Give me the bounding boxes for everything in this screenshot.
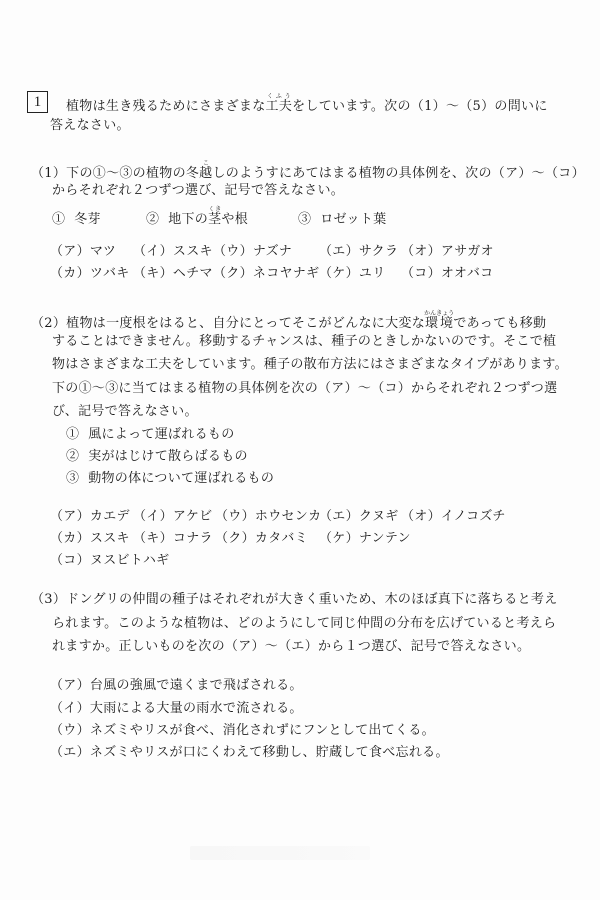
ruby-base: 茎 xyxy=(208,212,221,227)
part3-choice-i: （イ）大雨による大量の雨水で流される。 xyxy=(50,701,303,717)
choice-value: オオバコ xyxy=(441,266,494,281)
choice-item: （キ）ヘチマ xyxy=(133,266,213,282)
choice-key: （カ） xyxy=(50,266,90,281)
choice-key: （イ） xyxy=(133,509,173,524)
ruby-kufuu: 工夫くふう xyxy=(266,99,293,114)
choice-value: アケビ xyxy=(173,509,213,524)
choice-item: （コ）ヌスビトハギ xyxy=(50,553,169,569)
category-label: 風によって運ばれるもの xyxy=(88,427,234,442)
ruby-kankyou: 環境かんきょう xyxy=(425,316,453,331)
ruby-koshi: 越こ xyxy=(199,166,212,181)
choice-value: ススキ xyxy=(90,531,130,546)
choice-key: （ウ） xyxy=(213,244,253,259)
choice-value: ナンテン xyxy=(359,531,411,546)
choice-value: サクラ xyxy=(359,244,398,259)
part2-choices-row2: （カ）ススキ（キ）コナラ（ク）カタバミ（ケ）ナンテン xyxy=(50,531,411,547)
choice-value: ネズミやリスが口にくわえて移動し、貯蔵して食べ忘れる。 xyxy=(90,745,449,760)
part1-categories: ① 冬芽② 地下の茎くきや根③ ロゼット葉 xyxy=(52,206,386,228)
choice-key: （エ） xyxy=(50,745,90,760)
choice-key: （イ） xyxy=(50,701,90,716)
choice-key: （キ） xyxy=(133,531,173,546)
choice-item: （ク）カタバミ xyxy=(215,531,319,547)
category-item: ③ ロゼット葉 xyxy=(298,212,386,228)
part2-line5: び、記号で答えなさい。 xyxy=(52,404,198,420)
choice-value: ヘチマ xyxy=(173,266,213,281)
part2-line1: （2）植物は一度根をはると、自分にとってそこがどんなに大変な環境かんきょうであっ… xyxy=(31,310,546,332)
choice-value: ネコヤナギ xyxy=(253,266,320,281)
ruby-base: 環境 xyxy=(424,316,454,331)
category-mark: ① xyxy=(52,212,65,227)
ruby-base: 越 xyxy=(199,166,212,181)
choice-item: （ケ）ナンテン xyxy=(319,531,411,547)
part1-line2: からそれぞれ２つずつ選び、記号で答えなさい。 xyxy=(52,183,344,199)
part1-choices-row1: （ア）マツ（イ）ススキ（ウ）ナズナ（エ）サクラ（オ）アサガオ xyxy=(50,244,494,260)
choice-key: （ウ） xyxy=(215,509,255,524)
ruby-reading: こ xyxy=(199,160,212,167)
part2-text-post: であっても移動 xyxy=(453,316,546,331)
choice-value: 台風の強風で遠くまで飛ばされる。 xyxy=(90,678,303,693)
choice-item: （イ）アケビ xyxy=(133,509,215,525)
part3-choice-e: （エ）ネズミやリスが口にくわえて移動し、貯蔵して食べ忘れる。 xyxy=(50,745,449,761)
intro-text-post: をしています。次の（1）～（5）の問いに xyxy=(292,99,548,114)
category-mark: ③ xyxy=(298,212,311,227)
bleed-through-mark xyxy=(190,846,370,860)
choice-value: マツ xyxy=(90,244,116,259)
part3-choice-a: （ア）台風の強風で遠くまで飛ばされる。 xyxy=(50,678,303,694)
intro-text-pre: 植物は生き残るためにさまざまな xyxy=(66,99,266,114)
ruby-kuki: 茎くき xyxy=(208,212,221,227)
part1-choices-row2: （カ）ツバキ（キ）ヘチマ（ク）ネコヤナギ（ケ）ユリ（コ）オオバコ xyxy=(50,266,493,282)
choice-value: ヌスビトハギ xyxy=(90,553,170,568)
part2-line2: することはできません。移動するチャンスは、種子のときしかないのです。そこで植 xyxy=(52,334,556,350)
part2-choices-row1: （ア）カエデ（イ）アケビ（ウ）ホウセンカ（エ）クヌギ（オ）イノコズチ xyxy=(50,509,506,525)
question-number-box: 1 xyxy=(27,91,48,113)
choice-item: （カ）ツバキ xyxy=(50,266,133,282)
choice-value: ホウセンカ xyxy=(255,509,322,524)
choice-value: ネズミやリスが食べ、消化されずにフンとして出てくる。 xyxy=(90,723,435,738)
part2-choices-row3: （コ）ヌスビトハギ xyxy=(50,553,169,569)
choice-key: （オ） xyxy=(401,509,441,524)
part2-line3: 物はさまざまな工夫をしています。種子の散布方法にはさまざまなタイプがあります。 xyxy=(52,357,568,373)
choice-value: ユリ xyxy=(359,266,386,281)
category-item: ① 冬芽 xyxy=(52,212,146,228)
part3-line3: れますか。正しいものを次の（ア）～（エ）から１つ選び、記号で答えなさい。 xyxy=(52,639,530,655)
ruby-reading: くふう xyxy=(266,93,293,100)
choice-item: （コ）オオバコ xyxy=(401,266,493,282)
choice-value: コナラ xyxy=(173,531,213,546)
part1-text-pre: （1）下の①～③の植物の冬 xyxy=(31,166,199,181)
choice-item: （ア）マツ xyxy=(50,244,133,260)
part2-category-2: ② 実がはじけて散らばるもの xyxy=(66,449,248,465)
choice-value: 大雨による大量の雨水で流される。 xyxy=(90,701,303,716)
choice-item: （カ）ススキ xyxy=(50,531,133,547)
part1-text-post: しのようすにあてはまる植物の具体例を、次の（ア）～（コ） xyxy=(212,166,584,181)
category-label: 冬芽 xyxy=(74,212,101,227)
part2-line4: 下の①～③に当てはまる植物の具体例を次の（ア）～（コ）からそれぞれ２つずつ選 xyxy=(52,381,557,397)
choice-value: クヌギ xyxy=(359,509,399,524)
choice-item: （キ）コナラ xyxy=(133,531,215,547)
question-intro-line1: 植物は生き残るためにさまざまな工夫くふうをしています。次の（1）～（5）の問いに xyxy=(66,93,548,115)
part2-category-3: ③ 動物の体について運ばれるもの xyxy=(66,471,274,487)
choice-key: （オ） xyxy=(401,244,441,259)
choice-value: ナズナ xyxy=(253,244,292,259)
choice-item: （イ）ススキ xyxy=(133,244,213,260)
choice-value: ツバキ xyxy=(90,266,130,281)
choice-key: （コ） xyxy=(401,266,441,281)
choice-item: （オ）アサガオ xyxy=(401,244,494,260)
choice-key: （コ） xyxy=(50,553,90,568)
category-label: ロゼット葉 xyxy=(320,212,386,227)
choice-key: （ア） xyxy=(50,244,90,259)
category-mark: ② xyxy=(146,212,159,227)
choice-key: （ア） xyxy=(50,678,90,693)
part2-category-1: ① 風によって運ばれるもの xyxy=(66,427,235,443)
choice-key: （ウ） xyxy=(50,723,90,738)
category-mark: ② xyxy=(66,449,79,464)
choice-item: （エ）クヌギ xyxy=(319,509,401,525)
choice-key: （ク） xyxy=(215,531,255,546)
category-mark: ③ xyxy=(66,471,79,486)
choice-key: （ク） xyxy=(213,266,253,281)
part1-line1: （1）下の①～③の植物の冬越こしのようすにあてはまる植物の具体例を、次の（ア）～… xyxy=(31,160,585,182)
category-label: 実がはじけて散らばるもの xyxy=(88,449,248,464)
choice-item: （ウ）ホウセンカ xyxy=(215,509,319,525)
choice-value: カタバミ xyxy=(255,531,308,546)
choice-item: （ウ）ナズナ xyxy=(213,244,319,260)
choice-key: （エ） xyxy=(319,244,359,259)
choice-value: カエデ xyxy=(90,509,130,524)
category-label-post: や根 xyxy=(221,212,248,227)
choice-value: ススキ xyxy=(173,244,213,259)
ruby-reading: くき xyxy=(208,206,221,213)
part3-choice-u: （ウ）ネズミやリスが食べ、消化されずにフンとして出てくる。 xyxy=(50,723,435,739)
choice-key: （カ） xyxy=(50,531,90,546)
choice-value: アサガオ xyxy=(441,244,494,259)
part3-line1: （3）ドングリの仲間の種子はそれぞれが大きく重いため、木のほぼ真下に落ちると考え xyxy=(31,592,558,608)
question-intro-line2: 答えなさい。 xyxy=(50,118,130,134)
choice-key: （エ） xyxy=(319,509,359,524)
choice-value: イノコズチ xyxy=(441,509,506,524)
choice-key: （ケ） xyxy=(319,266,359,281)
category-mark: ① xyxy=(66,427,79,442)
category-label: 動物の体について運ばれるもの xyxy=(88,471,274,486)
choice-key: （ケ） xyxy=(319,531,359,546)
choice-key: （イ） xyxy=(133,244,173,259)
part2-text-pre: （2）植物は一度根をはると、自分にとってそこがどんなに大変な xyxy=(31,316,425,331)
choice-item: （ケ）ユリ xyxy=(319,266,401,282)
choice-item: （エ）サクラ xyxy=(319,244,401,260)
ruby-base: 工夫 xyxy=(266,99,293,114)
choice-item: （ア）カエデ xyxy=(50,509,133,525)
category-label-pre: 地下の xyxy=(168,212,208,227)
choice-item: （ク）ネコヤナギ xyxy=(213,266,319,282)
choice-item: （オ）イノコズチ xyxy=(401,509,506,525)
ruby-reading: かんきょう xyxy=(424,310,454,317)
choice-key: （キ） xyxy=(133,266,173,281)
choice-key: （ア） xyxy=(50,509,90,524)
category-item: ② 地下の茎くきや根 xyxy=(146,206,298,228)
part3-line2: られます。このような植物は、どのようにして同じ仲間の分布を広げていると考えら xyxy=(52,616,556,632)
exam-page: 1 植物は生き残るためにさまざまな工夫くふうをしています。次の（1）～（5）の問… xyxy=(0,0,600,900)
